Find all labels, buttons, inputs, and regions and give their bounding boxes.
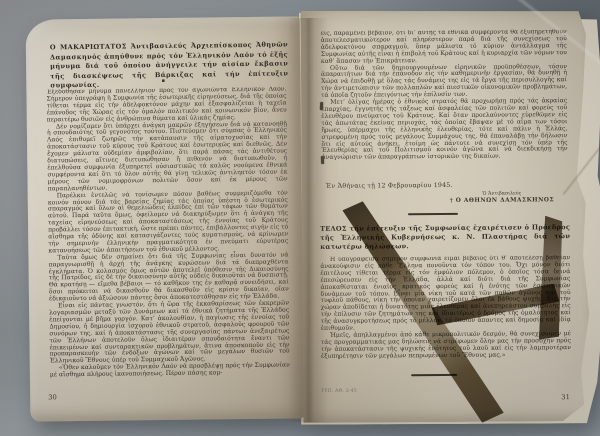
page-number-left: 30 xyxy=(48,393,57,401)
separator-rule-bottom xyxy=(411,374,457,376)
paragraph: Οὕτω διά τῶν δημιουργουμένων εἰρηνικῶν π… xyxy=(321,64,567,100)
page-number-right: 31 xyxy=(561,393,570,401)
signature-block: Ὁ Ἀντιβασιλεύς † Ο ΑΘΗΝΩΝ ΔΑΜΑΣΚΗΝΟΣ xyxy=(432,191,572,204)
paragraph: Δέν νομίζομεν ὅτι ὑπάρχει ἀνάγκη μακρῶν … xyxy=(47,121,288,193)
right-page-top-text: εἷς, παραμένει βέβαιον, ὅτι δι’ αὐτῆς τά… xyxy=(321,29,568,181)
paragraph: Ἐξεδόθησαν μήνυμα πανελλήνιον πρός τόν ἀ… xyxy=(46,87,286,124)
printer-imprint: ΤΥΠ. ΑΘ. 2-45 xyxy=(321,389,357,394)
signature-name: † Ο ΑΘΗΝΩΝ ΔΑΜΑΣΚΗΝΟΣ xyxy=(432,197,572,204)
left-page: Ο ΜΑΚΑΡΙΩΤΑΤΟΣ Ἀντιβασιλεύς Ἀρχιεπίσκοπο… xyxy=(26,16,305,421)
paragraph: Μετ’ ὀλίγας ἡμέρας ὁ ἐθνικός στρατός θά … xyxy=(321,98,567,162)
left-page-body: Ἐξεδόθησαν μήνυμα πανελλήνιον πρός τόν ἀ… xyxy=(46,87,290,388)
paragraph: Ταῦτα ὅμως δέν σημαίνει ὅτι διά τῆς Συμφ… xyxy=(48,252,289,303)
paragraph: Εἶναι εἰς πάντας γνωστόν, ὅτι ἡ ὥρα τῆς … xyxy=(49,301,290,366)
signature-title: Ὁ Ἀντιβασιλεύς xyxy=(432,191,572,197)
staple-bottom xyxy=(321,156,324,164)
booklet: Ο ΜΑΚΑΡΙΩΤΑΤΟΣ Ἀντιβασιλεύς Ἀρχιεπίσκοπο… xyxy=(26,8,582,426)
date-line: Ἐν Ἀθήναις τῇ 12 Φεβρουαρίου 1945. xyxy=(326,182,453,190)
separator-rule-top xyxy=(408,213,458,215)
staple-top xyxy=(320,102,323,110)
paragraph: εἷς, παραμένει βέβαιον, ὅτι δι’ αὐτῆς τά… xyxy=(321,29,567,65)
paragraph: Παρέλκει ἐντελῶς νά τονίσωμεν πόσον βαθέ… xyxy=(48,190,289,255)
paragraph: «Ὅθεν καλοῦμεν τόν Ἑλληνικόν Λαόν νά προ… xyxy=(50,363,290,380)
